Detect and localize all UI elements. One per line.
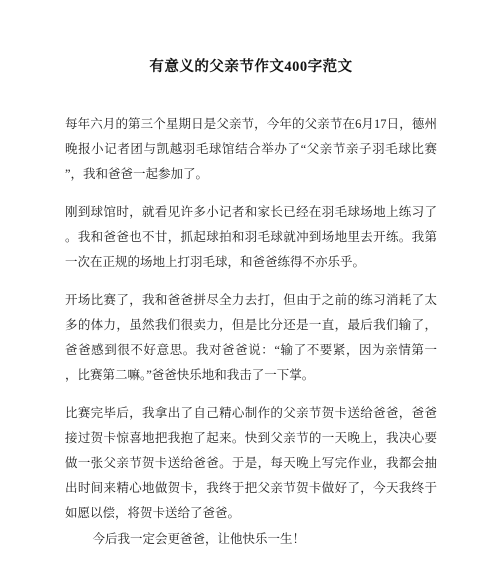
document-page: 有意义的父亲节作文400字范文 每年六月的第三个星期日是父亲节，今年的父亲节在6… <box>0 0 500 565</box>
essay-body: 每年六月的第三个星期日是父亲节，今年的父亲节在6月17日，德州晚报小记者团与凯越… <box>65 112 437 552</box>
paragraph: 比赛完毕后，我拿出了自己精心制作的父亲节贺卡送给爸爸，爸爸接过贺卡惊喜地把我抱了… <box>65 401 437 526</box>
essay-title: 有意义的父亲节作文400字范文 <box>65 56 437 78</box>
text-line: 出时间来精心地做贺卡，我终于把父亲节贺卡做好了，今天我终于 <box>65 476 437 501</box>
text-line: 一次在正规的场地上打羽毛球，和爸爸练得不亦乐乎。 <box>65 250 437 275</box>
text-line: 刚到球馆时，就看见许多小记者和家长已经在羽毛球场地上练习了 <box>65 200 437 225</box>
text-line: ，比赛第二嘛。”爸爸快乐地和我击了一下掌。 <box>65 363 437 388</box>
text-line: 。我和爸爸也不甘，抓起球拍和羽毛球就冲到场地里去开练。我第 <box>65 225 437 250</box>
paragraph: 刚到球馆时，就看见许多小记者和家长已经在羽毛球场地上练习了。我和爸爸也不甘，抓起… <box>65 200 437 275</box>
text-line: 开场比赛了，我和爸爸拼尽全力去打，但由于之前的练习消耗了太 <box>65 288 437 313</box>
text-line: 比赛完毕后，我拿出了自己精心制作的父亲节贺卡送给爸爸，爸爸 <box>65 401 437 426</box>
text-line: 做一张父亲节贺卡送给爸爸。于是，每天晚上写完作业，我都会抽 <box>65 451 437 476</box>
text-line: 爸爸感到很不好意思。我对爸爸说：“输了不要紧，因为亲情第一 <box>65 338 437 363</box>
text-line: 接过贺卡惊喜地把我抱了起来。快到父亲节的一天晚上，我决心要 <box>65 426 437 451</box>
paragraph: 今后我一定会更爸爸，让他快乐一生！ <box>65 527 437 552</box>
text-line: 多的体力，虽然我们很卖力，但是比分还是一直，最后我们输了， <box>65 313 437 338</box>
text-line: 如愿以偿，将贺卡送给了爸爸。 <box>65 501 437 526</box>
text-line: ”，我和爸爸一起参加了。 <box>65 162 437 187</box>
paragraph: 每年六月的第三个星期日是父亲节，今年的父亲节在6月17日，德州晚报小记者团与凯越… <box>65 112 437 187</box>
text-line: 今后我一定会更爸爸，让他快乐一生！ <box>65 527 437 552</box>
text-line: 每年六月的第三个星期日是父亲节，今年的父亲节在6月17日，德州 <box>65 112 437 137</box>
paragraph: 开场比赛了，我和爸爸拼尽全力去打，但由于之前的练习消耗了太多的体力，虽然我们很卖… <box>65 288 437 388</box>
text-line: 晚报小记者团与凯越羽毛球馆结合举办了“父亲节亲子羽毛球比赛 <box>65 137 437 162</box>
